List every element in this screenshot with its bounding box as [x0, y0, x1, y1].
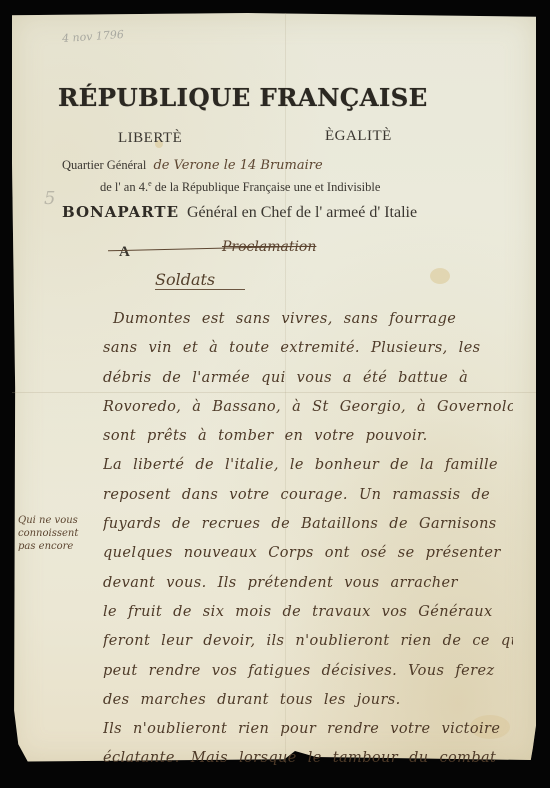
body-line: sont prêts à tomber en votre pouvoir.: [103, 422, 513, 451]
motto-egalite: ÈGALITÈ: [325, 128, 392, 145]
body-line: des marches durant tous les jours.: [103, 686, 513, 715]
general-name: BONAPARTE: [62, 203, 179, 221]
body-line: éclatante. Mais lorsque le tambour du co…: [103, 744, 513, 773]
year-suffix: de la République Française une et Indivi…: [152, 180, 381, 194]
page-number: 5: [44, 188, 55, 209]
body-line: feront leur devoir, ils n'oublieront rie…: [103, 627, 513, 656]
body-line: Rovoredo, à Bassano, à St Georgio, à Gov…: [103, 393, 513, 422]
foxing-stain: [430, 268, 450, 284]
handwritten-body: Dumontes est sans vivres, sans fourrage …: [103, 305, 513, 774]
body-line: reposent dans votre courage. Un ramassis…: [103, 481, 513, 510]
body-line: débris de l'armée qui vous a été battue …: [103, 364, 513, 393]
headquarters-line: Quartier Général de Verone le 14 Brumair…: [62, 158, 323, 173]
margin-note-line: pas encore: [18, 540, 98, 553]
body-line: quelques nouveaux Corps ont osé se prése…: [103, 539, 513, 568]
motto-liberte: LIBERTÈ: [118, 130, 182, 147]
year-prefix: de l' an 4.: [100, 180, 148, 194]
margin-note: Qui ne vous connoissent pas encore: [18, 514, 98, 553]
body-line: le fruit de six mois de travaux vos Géné…: [103, 598, 513, 627]
body-line: peut rendre vos fatigues décisives. Vous…: [103, 657, 513, 686]
salutation: Soldats: [155, 270, 245, 290]
body-line: devant vous. Ils prétendent vous arrache…: [103, 569, 513, 598]
hq-label: Quartier Général: [62, 158, 146, 172]
body-line: Dumontes est sans vivres, sans fourrage: [103, 305, 513, 334]
margin-note-line: Qui ne vous: [18, 514, 98, 527]
body-line: La liberté de l'italie, le bonheur de la…: [103, 451, 513, 480]
hq-handwritten-location-date: de Verone le 14 Brumaire: [153, 158, 322, 173]
general-title: Général en Chef de l' armeé d' Italie: [187, 204, 417, 221]
body-line: sans vin et à toute extremité. Plusieurs…: [103, 334, 513, 363]
year-line: de l' an 4.e de la République Française …: [100, 179, 380, 195]
addressee-label: A: [119, 244, 130, 261]
body-line: Ils n'oublieront rien pour rendre votre …: [103, 715, 513, 744]
letterhead-title: RÉPUBLIQUE FRANÇAISE: [58, 83, 478, 112]
general-line: BONAPARTE Général en Chef de l' armeé d'…: [62, 203, 417, 222]
margin-note-line: connoissent: [18, 527, 98, 540]
body-line: fuyards de recrues de Bataillons de Garn…: [103, 510, 513, 539]
